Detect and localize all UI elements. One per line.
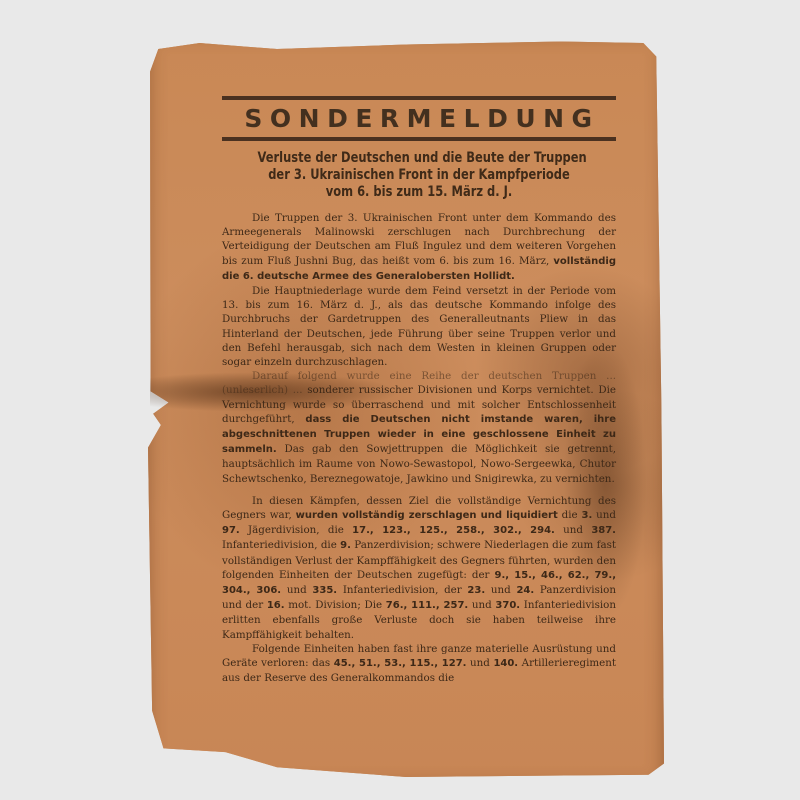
text-segment: und — [592, 509, 616, 521]
subheadline: Verluste der Deutschen und die Beute der… — [257, 150, 580, 201]
bold-text-segment: 370. — [495, 600, 520, 611]
bold-text-segment: 140. — [493, 658, 518, 669]
bold-text-segment: 387. — [591, 525, 616, 536]
bold-text-segment: 24. — [516, 585, 534, 596]
bold-text-segment: 97. — [222, 525, 240, 536]
top-rule — [222, 96, 616, 100]
article-paragraph: Die Truppen der 3. Ukrainischen Front un… — [222, 211, 616, 284]
bold-text-segment: 3. — [581, 510, 592, 521]
text-segment: Die Hauptniederlage wurde dem Feind vers… — [222, 285, 616, 368]
text-segment: Das gab den Sowjettruppen die Möglichkei… — [222, 443, 616, 484]
subheadline-line: vom 6. bis zum 15. März d. J. — [257, 184, 580, 201]
text-segment: und — [466, 657, 493, 669]
headline: SONDERMELDUNG — [222, 104, 616, 134]
bold-text-segment: 76., 111., 257. — [386, 600, 468, 611]
text-segment: und — [485, 584, 516, 596]
article-paragraph: In diesen Kämpfen, dessen Ziel die volls… — [222, 494, 616, 642]
text-segment: und — [281, 584, 312, 596]
text-segment: und — [555, 524, 591, 536]
bold-text-segment: 335. — [312, 585, 337, 596]
text-segment: und — [468, 599, 495, 611]
bold-text-segment: 9. — [340, 540, 351, 551]
text-segment: Infanteriedivision, die — [222, 539, 340, 551]
text-segment: Infanteriedivision, der — [337, 584, 467, 596]
bold-text-segment: 16. — [267, 600, 285, 611]
text-segment: Jägerdivision, die — [240, 524, 352, 536]
bold-text-segment: 17., 123., 125., 258., 302., 294. — [352, 525, 555, 536]
article-paragraph: Die Hauptniederlage wurde dem Feind vers… — [222, 284, 616, 369]
article-body: Die Truppen der 3. Ukrainischen Front un… — [222, 211, 616, 686]
article-paragraph: Folgende Einheiten haben fast ihre ganze… — [222, 642, 616, 686]
paragraph-gap — [222, 486, 616, 494]
subheadline-line: Verluste der Deutschen und die Beute der… — [257, 150, 580, 167]
bottom-rule — [222, 137, 616, 141]
article-paragraph: Darauf folgend wurde eine Reihe der deut… — [222, 369, 616, 486]
bold-text-segment: wurden vollständig zerschlagen und liqui… — [296, 510, 558, 521]
bold-text-segment: 45., 51., 53., 115., 127. — [334, 658, 467, 669]
bold-text-segment: 23. — [467, 585, 485, 596]
text-segment: die — [558, 509, 582, 521]
text-segment: mot. Division; Die — [285, 599, 386, 611]
leaflet-content: SONDERMELDUNG Verluste der Deutschen und… — [222, 96, 616, 686]
subheadline-line: der 3. Ukrainischen Front in der Kampfpe… — [257, 167, 580, 184]
